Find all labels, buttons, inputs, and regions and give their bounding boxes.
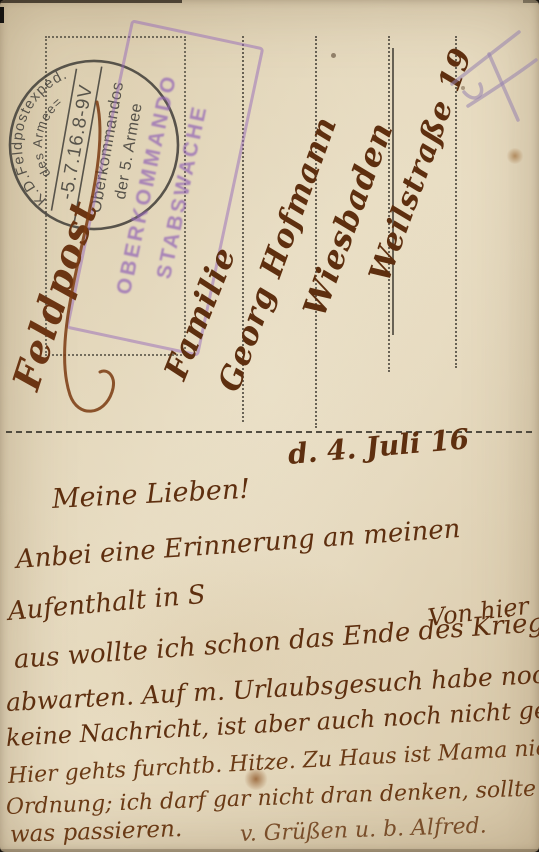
edge-notch-left <box>0 7 4 23</box>
ink-stain <box>506 148 524 164</box>
edge-shadow-top-right <box>523 0 539 3</box>
message-date: d. 4. Juli 16 <box>287 422 471 471</box>
edge-shadow-top <box>0 0 182 3</box>
message-greeting: Meine Lieben! <box>51 474 251 515</box>
postcard-back: K.D.Feldpostexped. des Armee= -5.7.16.8-… <box>0 0 539 852</box>
message-line: was passieren. <box>10 816 183 848</box>
message-signature: v. Grüßen u. b. Alfred. <box>240 813 488 847</box>
paper-speck <box>331 53 336 58</box>
